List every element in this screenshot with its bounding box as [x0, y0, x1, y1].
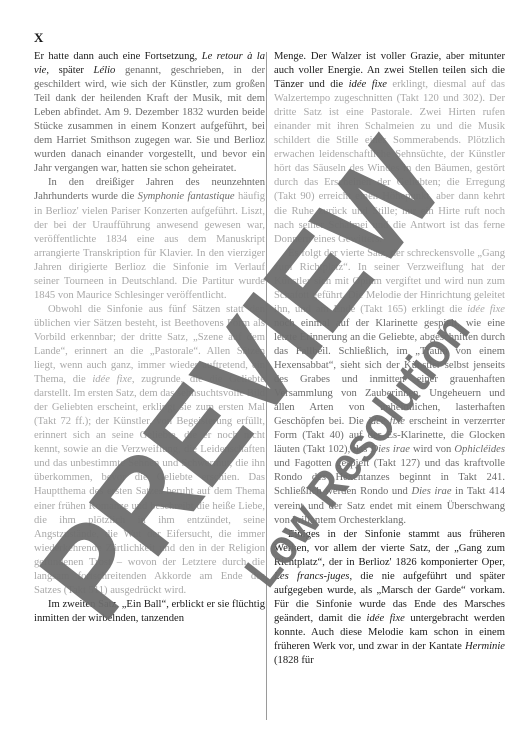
italic-term: idée fixe [368, 416, 405, 427]
italic-term: idée fixe [467, 304, 505, 315]
italic-title: Lélio [94, 65, 116, 76]
italic-term: Dies irae [411, 486, 451, 497]
italic-title: Herminie [465, 641, 505, 652]
italic-title: Les francs-juges [274, 571, 349, 582]
page-number: X [34, 30, 43, 46]
text: Er hatte dann auch eine Fortsetzung, [34, 51, 202, 62]
italic-term: idée fixe [92, 374, 132, 385]
text: , zugrunde, die die Geliebte darstellt. … [34, 374, 265, 596]
italic-term: Ophicléides [454, 444, 505, 455]
text: wird von [410, 444, 454, 455]
paragraph-lelio: Er hatte dann auch eine Fortsetzung, Le … [34, 50, 265, 176]
paragraph-form: Obwohl die Sinfonie aus fünf Sätzen stat… [34, 303, 265, 598]
italic-term: Dies irae [370, 444, 410, 455]
text: genannt, geschrieben, in der geschildert… [34, 65, 265, 174]
text: Einiges in der Sinfonie stammt aus frühe… [274, 529, 505, 568]
left-column: Er hatte dann auch eine Fortsetzung, Le … [34, 50, 265, 626]
italic-term: idée fixe [349, 79, 387, 90]
column-divider [266, 52, 267, 720]
italic-term: idée fixe [367, 613, 405, 624]
italic-title: Symphonie fantastique [138, 191, 235, 202]
text: , später [46, 65, 93, 76]
text: häufig in Berlioz' vielen Pariser Konzer… [34, 191, 265, 300]
paragraph-sources: Einiges in der Sinfonie stammt aus frühe… [274, 528, 505, 668]
right-column: Menge. Der Walzer ist voller Grazie, abe… [274, 50, 505, 668]
text: (1828 für [274, 655, 314, 666]
text: noch einmal auf der Klarinette gespielt,… [274, 318, 505, 427]
paragraph-waltz: Menge. Der Walzer ist voller Grazie, abe… [274, 50, 505, 247]
text: Im zweiten Satz, „Ein Ball“, erblickt er… [34, 599, 265, 624]
text: erklingt, diesmal auf das Walzertempo zu… [274, 79, 505, 245]
paragraph-march: Es folgt der vierte Satz, der schreckens… [274, 247, 505, 528]
paragraph-ball: Im zweiten Satz, „Ein Ball“, erblickt er… [34, 598, 265, 626]
paragraph-reception: In den dreißiger Jahren des neunzehnten … [34, 176, 265, 302]
text: Obwohl die Sinfonie aus fünf Sätzen stat… [34, 304, 265, 385]
